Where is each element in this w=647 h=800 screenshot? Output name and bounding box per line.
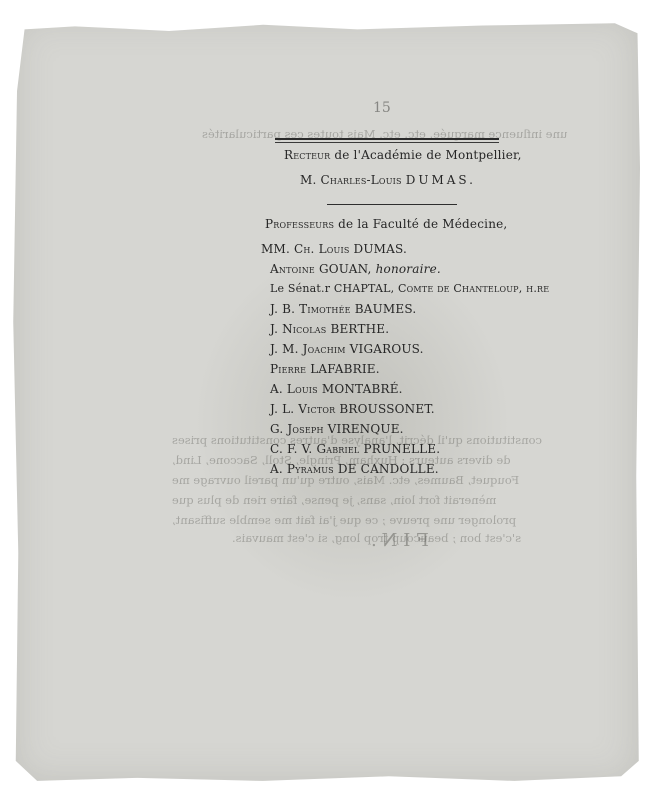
professor-given-name: A. Pyramus (270, 462, 334, 476)
professor-given-name: Pierre (270, 362, 306, 376)
professor-surname: VIGAROUS. (350, 342, 424, 356)
faculty-title: Professeurs (265, 217, 334, 231)
professor-surname: DUMAS. (354, 242, 408, 256)
professor-surname: VIRENQUE. (328, 422, 404, 436)
rector-name: M. Charles-Louis DUMAS. (300, 173, 476, 187)
professor-entry: C. F. V. Gabriel PRUNELLE. (270, 442, 440, 456)
rector-surname: DUMAS. (406, 173, 476, 187)
professor-given-name: MM. Ch. Louis (261, 242, 350, 256)
rector-heading-rest: de l'Académie de Montpellier, (334, 148, 521, 162)
professor-given-name: G. Joseph (270, 422, 324, 436)
bleed-through-text: prolonger une preuve ; ce que j'ai fait … (172, 510, 516, 530)
bleed-through-fin: FIN. (365, 530, 429, 551)
professor-note: honoraire. (376, 262, 441, 276)
faculty-heading-rest: de la Faculté de Médecine, (338, 217, 507, 231)
professor-entry: Le Sénat.r CHAPTAL, Comte de Chanteloup,… (270, 282, 549, 295)
professor-entry: G. Joseph VIRENQUE. (270, 422, 404, 436)
faculty-heading: Professeurs de la Faculté de Médecine, (265, 217, 507, 231)
professor-surname: DE CANDOLLE. (338, 462, 439, 476)
professor-surname: CHAPTAL, (334, 282, 394, 295)
rector-title: Recteur (284, 148, 330, 162)
professor-entry: J. B. Timothée BAUMES. (270, 302, 416, 316)
professor-surname: BAUMES. (355, 302, 417, 316)
professor-entry: Antoine GOUAN, honoraire. (270, 262, 441, 276)
professor-note: Comte de Chanteloup, h.re (398, 282, 549, 295)
professor-given-name: Antoine (270, 262, 315, 276)
professor-given-name: J. M. Joachim (270, 342, 346, 356)
professor-entry: J. Nicolas BERTHE. (270, 322, 389, 336)
professor-surname: LAFABRIE. (310, 362, 380, 376)
professor-surname: GOUAN, (319, 262, 372, 276)
professor-surname: MONTABRÉ. (322, 382, 403, 396)
professor-entry: J. M. Joachim VIGAROUS. (270, 342, 424, 356)
professor-entry: A. Louis MONTABRÉ. (270, 382, 403, 396)
page-number: 15 (373, 100, 391, 116)
double-rule-divider (275, 138, 499, 143)
professor-given-name: Le Sénat.r (270, 282, 330, 295)
professor-given-name: A. Louis (270, 382, 318, 396)
rector-heading: Recteur de l'Académie de Montpellier, (284, 148, 522, 162)
professor-given-name: J. B. Timothée (270, 302, 351, 316)
professor-entry: A. Pyramus DE CANDOLLE. (270, 462, 439, 476)
professor-entry: MM. Ch. Louis DUMAS. (261, 242, 407, 256)
professor-surname: PRUNELLE. (363, 442, 440, 456)
bleed-through-text: mènerait fort loin, sans, je pense, fair… (172, 490, 496, 510)
professor-given-name: J. Nicolas (270, 322, 326, 336)
single-rule-divider (327, 204, 457, 205)
professor-given-name: J. L. Victor (270, 402, 335, 416)
professor-entry: J. L. Victor BROUSSONET. (270, 402, 435, 416)
professor-entry: Pierre LAFABRIE. (270, 362, 380, 376)
rector-given-name: M. Charles-Louis (300, 173, 402, 187)
professor-surname: BROUSSONET. (339, 402, 434, 416)
professor-surname: BERTHE. (330, 322, 389, 336)
professor-given-name: C. F. V. Gabriel (270, 442, 359, 456)
paper-page: une influence marquée, etc. etc. Mais to… (12, 14, 640, 784)
